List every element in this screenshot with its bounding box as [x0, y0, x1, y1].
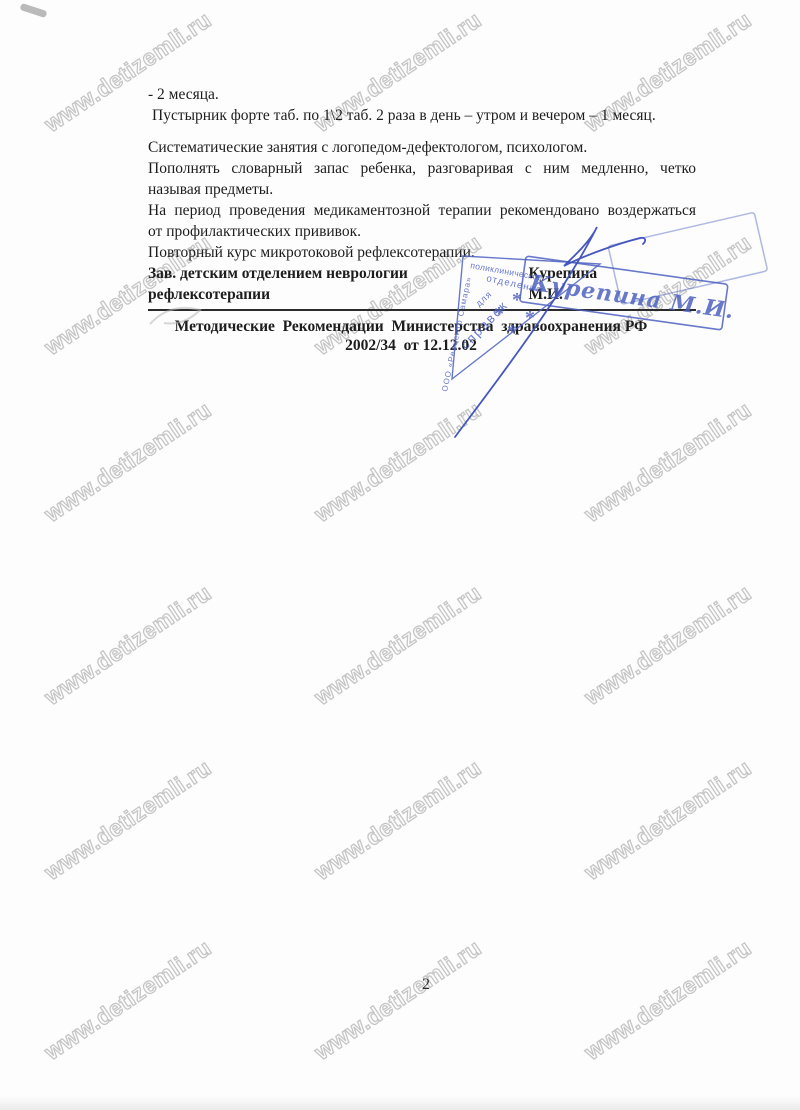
page-number: 2: [408, 976, 444, 994]
stamp-asterisk: *: [507, 321, 517, 343]
scan-bottom-shadow: [0, 1096, 800, 1110]
watermark-text: www.detizemli.ru: [29, 927, 226, 1072]
body-line: называя предметы.: [148, 179, 696, 200]
watermark-text: www.detizemli.ru: [299, 927, 496, 1072]
body-line: Систематические занятия с логопедом-дефе…: [148, 137, 696, 158]
name-stamp-text: Курепина М.И.: [528, 270, 737, 325]
scanned-document-page: www.detizemli.ru www.detizemli.ru www.de…: [0, 0, 800, 1110]
watermark-text: www.detizemli.ru: [569, 927, 766, 1072]
watermark-text: www.detizemli.ru: [299, 572, 496, 717]
watermark-text: www.detizemli.ru: [569, 572, 766, 717]
pencil-scribble: [140, 290, 260, 350]
stamp-overlay: ООО «Реацентр Самара» поликлиническое от…: [400, 200, 790, 460]
body-line: Пустырник форте таб. по 1\2 таб. 2 раза …: [148, 105, 696, 126]
watermark-text: www.detizemli.ru: [29, 572, 226, 717]
scan-edge-artifact: [20, 3, 48, 18]
watermark-text: www.detizemli.ru: [569, 747, 766, 892]
watermark-text: www.detizemli.ru: [29, 389, 226, 534]
watermark-text: www.detizemli.ru: [29, 747, 226, 892]
name-stamp: Курепина М.И.: [520, 256, 738, 331]
stamp-asterisk: *: [494, 303, 504, 325]
body-line: Пополнять словарный запас ребенка, разго…: [148, 158, 696, 179]
stamp-asterisk: *: [525, 307, 535, 329]
watermark-text: www.detizemli.ru: [299, 747, 496, 892]
body-line: - 2 месяца.: [148, 84, 696, 105]
